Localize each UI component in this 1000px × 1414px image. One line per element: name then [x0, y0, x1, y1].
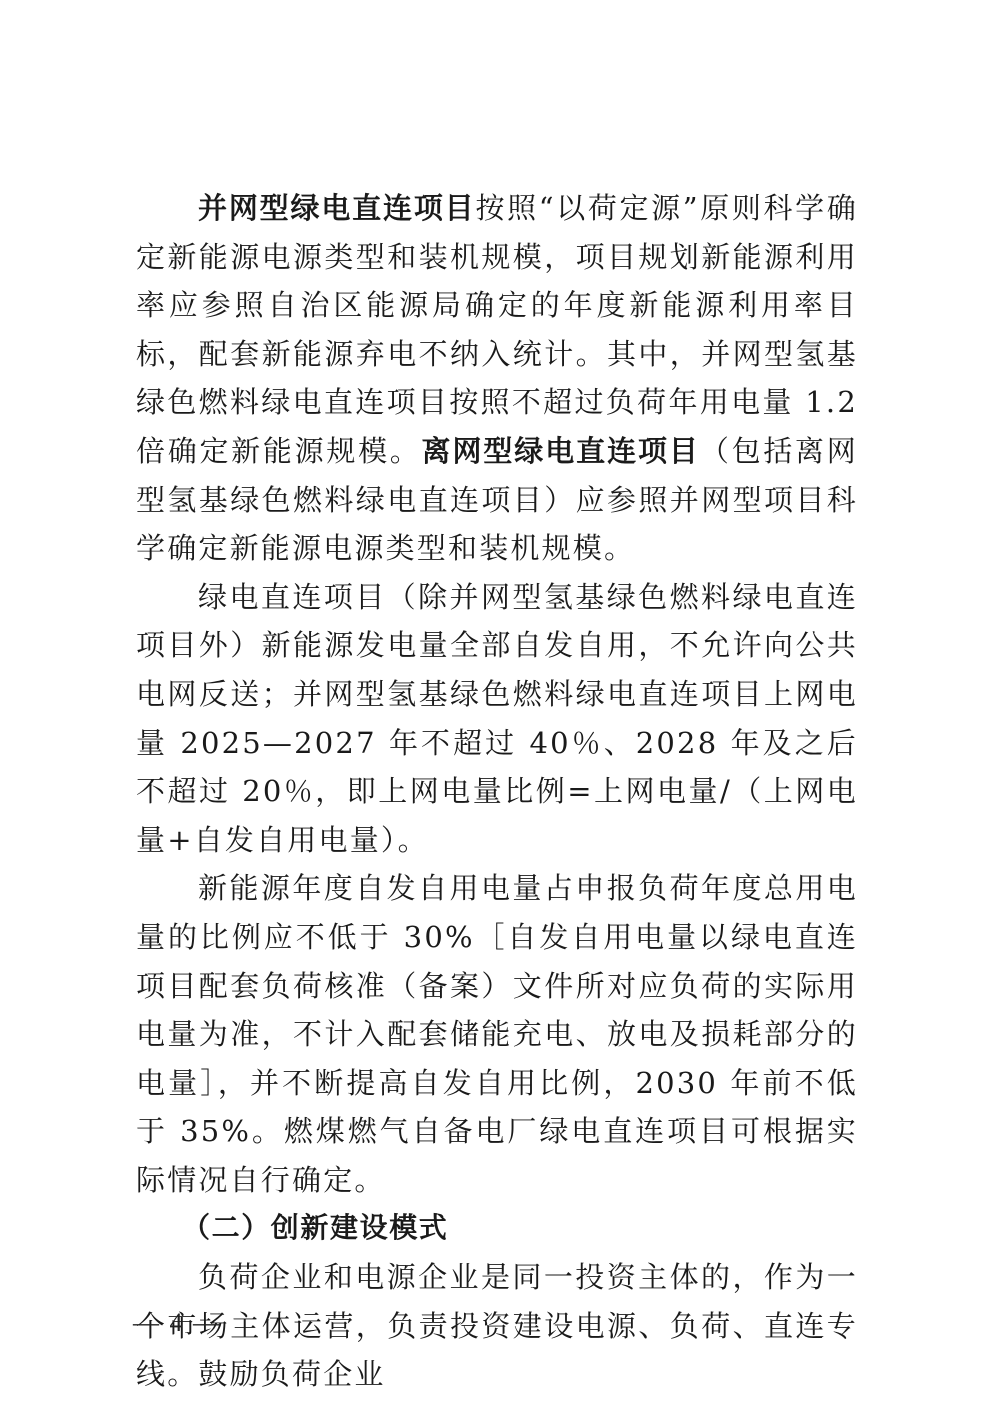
bold-term-grid-connected: 并网型绿电直连项目 — [198, 191, 476, 225]
paragraph-self-consumption-ratio: 新能源年度自发自用电量占申报负荷年度总用电量的比例应不低于 30%［自发自用电量… — [136, 864, 858, 1204]
section-heading: （二）创新建设模式 — [136, 1204, 858, 1253]
document-page: 并网型绿电直连项目按照“以荷定源”原则科学确定新能源电源类型和装机规模，项目规划… — [136, 184, 858, 1399]
paragraph-grid-connected-project: 并网型绿电直连项目按照“以荷定源”原则科学确定新能源电源类型和装机规模，项目规划… — [136, 184, 858, 573]
paragraph-text: 新能源年度自发自用电量占申报负荷年度总用电量的比例应不低于 30%［自发自用电量… — [136, 871, 858, 1197]
paragraph-text: 绿电直连项目（除并网型氢基绿色燃料绿电直连项目外）新能源发电量全部自发自用，不允… — [136, 580, 858, 857]
paragraph-grid-feed-ratio: 绿电直连项目（除并网型氢基绿色燃料绿电直连项目外）新能源发电量全部自发自用，不允… — [136, 573, 858, 865]
bold-term-off-grid: 离网型绿电直连项目 — [422, 434, 700, 468]
paragraph-construction-mode: 负荷企业和电源企业是同一投资主体的，作为一个市场主体运营，负责投资建设电源、负荷… — [136, 1253, 858, 1399]
paragraph-text: 按照“以荷定源”原则科学确定新能源电源类型和装机规模，项目规划新能源利用率应参照… — [136, 191, 858, 468]
page-number: — 4 — — [133, 1308, 221, 1338]
